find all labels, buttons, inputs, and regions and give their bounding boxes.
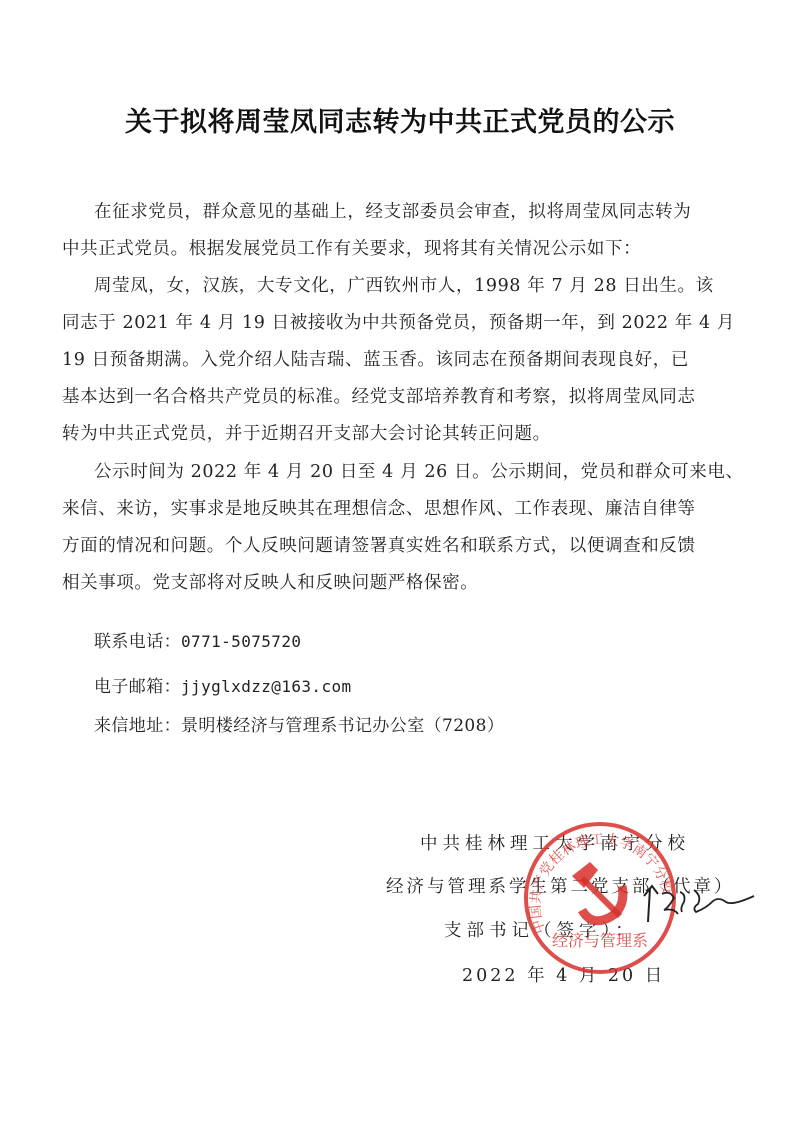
paragraph-3-line-4: 相关事项。党支部将对反映人和反映问题严格保密。 bbox=[62, 569, 742, 594]
contact-email: 电子邮箱：jjyglxdzz@163.com bbox=[94, 672, 352, 697]
paragraph-3-line-1: 公示时间为 2022 年 4 月 20 日至 4 月 26 日。公示期间，党员和… bbox=[94, 458, 774, 483]
contact-phone: 联系电话：0771-5075720 bbox=[94, 627, 301, 652]
paragraph-1-line-1: 在征求党员，群众意见的基础上，经支部委员会审查，拟将周莹凤同志转为 bbox=[94, 198, 774, 223]
paragraph-3-line-2: 来信、来访，实事求是地反映其在理想信念、思想作风、工作表现、廉洁自律等 bbox=[62, 495, 742, 520]
paragraph-2-line-3: 19 日预备期满。入党介绍人陆吉瑞、蓝玉香。该同志在预备期间表现良好，已 bbox=[62, 346, 742, 371]
address-label: 来信地址： bbox=[94, 716, 181, 736]
handwritten-signature-icon bbox=[640, 884, 760, 924]
paragraph-2-line-5: 转为中共正式党员，并于近期召开支部大会讨论其转正问题。 bbox=[62, 420, 742, 445]
email-value: jjyglxdzz@163.com bbox=[181, 677, 352, 696]
document-title: 关于拟将周莹凤同志转为中共正式党员的公示 bbox=[0, 100, 800, 139]
phone-value: 0771-5075720 bbox=[181, 632, 301, 651]
phone-label: 联系电话： bbox=[94, 632, 181, 652]
paragraph-2-line-2: 同志于 2021 年 4 月 19 日被接收为中共预备党员，预备期一年，到 20… bbox=[62, 309, 742, 334]
contact-address: 来信地址：景明楼经济与管理系书记办公室（7208） bbox=[94, 711, 504, 736]
paragraph-2-line-1: 周莹凤，女，汉族，大专文化，广西钦州市人，1998 年 7 月 28 日出生。该 bbox=[94, 272, 774, 297]
paragraph-3-line-3: 方面的情况和问题。个人反映问题请签署真实姓名和联系方式，以便调查和反馈 bbox=[62, 532, 742, 557]
paragraph-1-line-2: 中共正式党员。根据发展党员工作有关要求，现将其有关情况公示如下： bbox=[62, 235, 742, 260]
address-value: 景明楼经济与管理系书记办公室（7208） bbox=[181, 716, 504, 736]
svg-text:经济与管理系: 经济与管理系 bbox=[552, 931, 648, 950]
paragraph-2-line-4: 基本达到一名合格共产党员的标准。经党支部培养教育和考察，拟将周莹凤同志 bbox=[62, 383, 742, 408]
email-label: 电子邮箱： bbox=[94, 677, 181, 697]
